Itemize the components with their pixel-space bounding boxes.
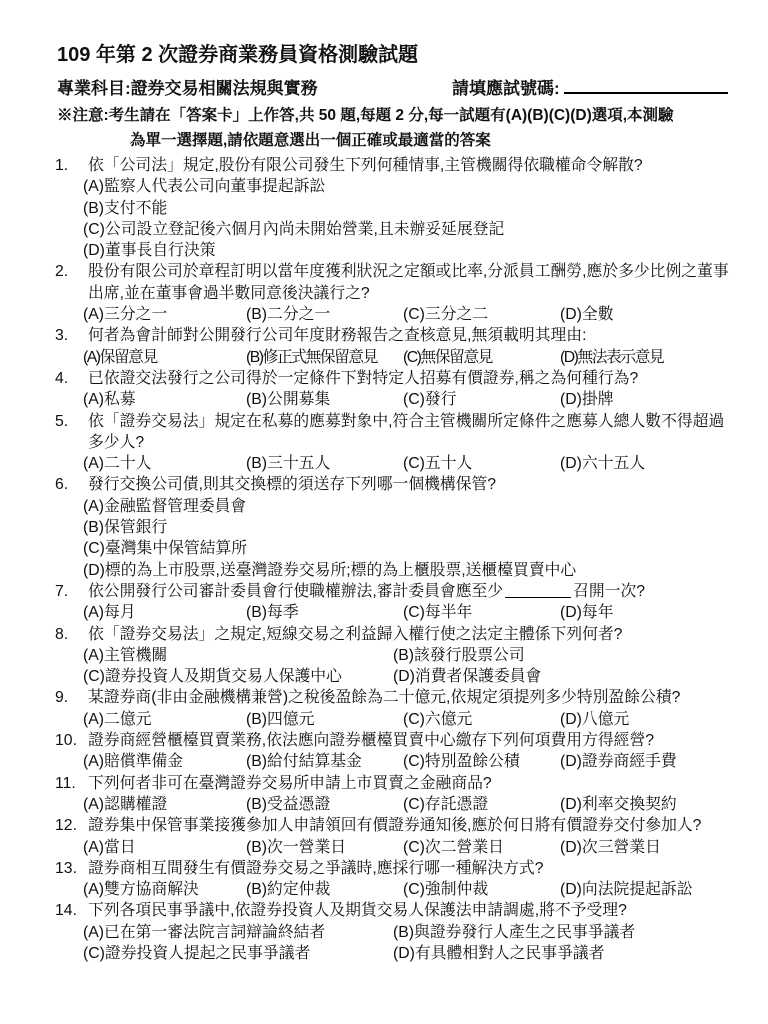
question-body: 依「證券交易法」規定在私募的應募對象中,符合主管機關所定條件之應募人總人數不得超…	[88, 411, 735, 475]
question-body: 已依證交法發行之公司得於一定條件下對特定人招募有價證券,稱之為何種行為?(A)私…	[88, 368, 735, 411]
option: (A)已在第一審法院言詞辯論終結者	[83, 922, 393, 943]
option: (C)特別盈餘公積	[403, 751, 560, 772]
question-text: 何者為會計師對公開發行公司年度財務報告之查核意見,無須載明其理由:	[88, 325, 735, 346]
option: (D)董事長自行決策	[83, 240, 735, 261]
option: (B)該發行股票公司	[393, 645, 735, 666]
options: (A)認購權證(B)受益憑證(C)存託憑證(D)利率交換契約	[83, 794, 735, 815]
option: (B)與證券發行人產生之民事爭議者	[393, 922, 735, 943]
question-body: 依「公司法」規定,股份有限公司發生下列何種情事,主管機關得依職權命令解散?(A)…	[88, 155, 735, 261]
notice: ※注意:考生請在「答案卡」上作答,共 50 題,每題 2 分,每一試題有(A)(…	[57, 104, 735, 153]
question-text: 證券集中保管事業接獲參加人申請領回有價證券通知後,應於何日將有價證券交付參加人?	[88, 815, 735, 836]
option: (A)金融監督管理委員會	[83, 496, 735, 517]
option: (D)每年	[560, 602, 735, 623]
question-body: 何者為會計師對公開發行公司年度財務報告之查核意見,無須載明其理由:(A)保留意見…	[88, 325, 735, 368]
question-14: 14.下列各項民事爭議中,依證券投資人及期貨交易人保護法申請調處,將不予受理?(…	[57, 900, 735, 964]
option: (B)支付不能	[83, 198, 735, 219]
question-body: 股份有限公司於章程訂明以當年度獲利狀況之定額或比率,分派員工酬勞,應於多少比例之…	[88, 261, 735, 325]
option: (B)次一營業日	[246, 837, 403, 858]
question-list: 1.依「公司法」規定,股份有限公司發生下列何種情事,主管機關得依職權命令解散?(…	[57, 155, 735, 964]
option: (C)發行	[403, 389, 560, 410]
option: (A)雙方協商解決	[83, 879, 246, 900]
options: (A)監察人代表公司向董事提起訴訟(B)支付不能(C)公司設立登記後六個月內尚未…	[83, 176, 735, 261]
option: (A)主管機關	[83, 645, 393, 666]
option: (A)每月	[83, 602, 246, 623]
question-text: 下列何者非可在臺灣證券交易所申請上市買賣之金融商品?	[88, 773, 735, 794]
question-text: 已依證交法發行之公司得於一定條件下對特定人招募有價證券,稱之為何種行為?	[88, 368, 735, 389]
option: (D)標的為上市股票,送臺灣證券交易所;標的為上櫃股票,送櫃檯買賣中心	[83, 560, 735, 581]
options: (A)保留意見(B)修正式無保留意見(C)無保留意見(D)無法表示意見	[83, 347, 735, 368]
question-body: 發行交換公司債,則其交換標的須送存下列哪一個機構保管?(A)金融監督管理委員會(…	[88, 474, 735, 580]
option: (D)利率交換契約	[560, 794, 735, 815]
option: (D)無法表示意見	[560, 347, 735, 368]
option: (B)三十五人	[246, 453, 403, 474]
options: (A)三分之一(B)二分之一(C)三分之二(D)全數	[83, 304, 735, 325]
question-3: 3.何者為會計師對公開發行公司年度財務報告之查核意見,無須載明其理由:(A)保留…	[57, 325, 735, 368]
option: (D)次三營業日	[560, 837, 735, 858]
option: (A)當日	[83, 837, 246, 858]
option: (C)公司設立登記後六個月內尚未開始營業,且未辦妥延展登記	[83, 219, 735, 240]
question-7: 7.依公開發行公司審計委員會行使職權辦法,審計委員會應至少召開一次?(A)每月(…	[57, 581, 735, 624]
option: (C)存託憑證	[403, 794, 560, 815]
question-body: 下列各項民事爭議中,依證券投資人及期貨交易人保護法申請調處,將不予受理?(A)已…	[88, 900, 735, 964]
option: (A)私募	[83, 389, 246, 410]
option: (D)消費者保護委員會	[393, 666, 735, 687]
question-1: 1.依「公司法」規定,股份有限公司發生下列何種情事,主管機關得依職權命令解散?(…	[57, 155, 735, 261]
option: (A)監察人代表公司向董事提起訴訟	[83, 176, 735, 197]
option: (B)保管銀行	[83, 517, 735, 538]
option: (D)八億元	[560, 709, 735, 730]
exam-paper: 109 年第 2 次證券商業務員資格測驗試題 專業科目:證券交易相關法規與實務 …	[0, 0, 768, 1024]
question-text: 依公開發行公司審計委員會行使職權辦法,審計委員會應至少召開一次?	[88, 581, 735, 602]
option: (A)認購權證	[83, 794, 246, 815]
option: (B)四億元	[246, 709, 403, 730]
question-body: 證券集中保管事業接獲參加人申請領回有價證券通知後,應於何日將有價證券交付參加人?…	[88, 815, 735, 858]
option: (C)強制仲裁	[403, 879, 560, 900]
option: (D)六十五人	[560, 453, 735, 474]
fill-in-blank	[505, 583, 571, 598]
question-body: 證券商相互間發生有價證券交易之爭議時,應採行哪一種解決方式?(A)雙方協商解決(…	[88, 858, 735, 901]
exam-id-label: 請填應試號碼:	[452, 79, 560, 98]
options: (A)金融監督管理委員會(B)保管銀行(C)臺灣集中保管結算所(D)標的為上市股…	[83, 496, 735, 581]
option: (B)給付結算基金	[246, 751, 403, 772]
exam-id-field: 請填應試號碼:	[452, 78, 728, 100]
options: (A)二十人(B)三十五人(C)五十人(D)六十五人	[83, 453, 735, 474]
question-8: 8.依「證券交易法」之規定,短線交易之利益歸入權行使之法定主體係下列何者?(A)…	[57, 624, 735, 688]
option: (B)修正式無保留意見	[246, 347, 403, 368]
option: (C)五十人	[403, 453, 560, 474]
question-13: 13.證券商相互間發生有價證券交易之爭議時,應採行哪一種解決方式?(A)雙方協商…	[57, 858, 735, 901]
question-text: 依「公司法」規定,股份有限公司發生下列何種情事,主管機關得依職權命令解散?	[88, 155, 735, 176]
question-text: 發行交換公司債,則其交換標的須送存下列哪一個機構保管?	[88, 474, 735, 495]
options: (A)賠償準備金(B)給付結算基金(C)特別盈餘公積(D)證券商經手費	[83, 751, 735, 772]
question-body: 某證券商(非由金融機構兼營)之稅後盈餘為二十億元,依規定須提列多少特別盈餘公積?…	[88, 687, 735, 730]
options: (A)當日(B)次一營業日(C)次二營業日(D)次三營業日	[83, 837, 735, 858]
option: (C)次二營業日	[403, 837, 560, 858]
options: (A)二億元(B)四億元(C)六億元(D)八億元	[83, 709, 735, 730]
question-body: 下列何者非可在臺灣證券交易所申請上市買賣之金融商品?(A)認購權證(B)受益憑證…	[88, 773, 735, 816]
question-11: 11.下列何者非可在臺灣證券交易所申請上市買賣之金融商品?(A)認購權證(B)受…	[57, 773, 735, 816]
question-5: 5.依「證券交易法」規定在私募的應募對象中,符合主管機關所定條件之應募人總人數不…	[57, 411, 735, 475]
question-text: 某證券商(非由金融機構兼營)之稅後盈餘為二十億元,依規定須提列多少特別盈餘公積?	[88, 687, 735, 708]
option: (C)每半年	[403, 602, 560, 623]
question-10: 10.證券商經營櫃檯買賣業務,依法應向證券櫃檯買賣中心繳存下列何項費用方得經營?…	[57, 730, 735, 773]
option: (A)二十人	[83, 453, 246, 474]
question-text: 下列各項民事爭議中,依證券投資人及期貨交易人保護法申請調處,將不予受理?	[88, 900, 735, 921]
options: (A)私募(B)公開募集(C)發行(D)掛牌	[83, 389, 735, 410]
question-body: 證券商經營櫃檯買賣業務,依法應向證券櫃檯買賣中心繳存下列何項費用方得經營?(A)…	[88, 730, 735, 773]
option: (A)二億元	[83, 709, 246, 730]
option: (D)全數	[560, 304, 735, 325]
question-12: 12.證券集中保管事業接獲參加人申請領回有價證券通知後,應於何日將有價證券交付參…	[57, 815, 735, 858]
subject-row: 專業科目:證券交易相關法規與實務 請填應試號碼:	[57, 78, 735, 100]
question-text: 依「證券交易法」之規定,短線交易之利益歸入權行使之法定主體係下列何者?	[88, 624, 735, 645]
option: (A)保留意見	[83, 347, 246, 368]
option: (C)臺灣集中保管結算所	[83, 538, 735, 559]
option: (B)公開募集	[246, 389, 403, 410]
question-9: 9.某證券商(非由金融機構兼營)之稅後盈餘為二十億元,依規定須提列多少特別盈餘公…	[57, 687, 735, 730]
option: (B)受益憑證	[246, 794, 403, 815]
notice-line-2: 為單一選擇題,請依題意選出一個正確或最適當的答案	[57, 129, 735, 154]
question-4: 4.已依證交法發行之公司得於一定條件下對特定人招募有價證券,稱之為何種行為?(A…	[57, 368, 735, 411]
option: (B)每季	[246, 602, 403, 623]
question-text: 依「證券交易法」規定在私募的應募對象中,符合主管機關所定條件之應募人總人數不得超…	[88, 411, 735, 454]
question-text: 證券商經營櫃檯買賣業務,依法應向證券櫃檯買賣中心繳存下列何項費用方得經營?	[88, 730, 735, 751]
question-text: 證券商相互間發生有價證券交易之爭議時,應採行哪一種解決方式?	[88, 858, 735, 879]
notice-line-1: ※注意:考生請在「答案卡」上作答,共 50 題,每題 2 分,每一試題有(A)(…	[57, 104, 735, 129]
question-text-before: 依公開發行公司審計委員會行使職權辦法,審計委員會應至少	[88, 583, 503, 600]
option: (D)證券商經手費	[560, 751, 735, 772]
question-6: 6.發行交換公司債,則其交換標的須送存下列哪一個機構保管?(A)金融監督管理委員…	[57, 474, 735, 580]
option: (D)向法院提起訴訟	[560, 879, 735, 900]
exam-title: 109 年第 2 次證券商業務員資格測驗試題	[57, 42, 735, 68]
exam-id-blank	[564, 78, 728, 94]
option: (D)有具體相對人之民事爭議者	[393, 943, 735, 964]
option: (A)賠償準備金	[83, 751, 246, 772]
option: (A)三分之一	[83, 304, 246, 325]
option: (C)證券投資人及期貨交易人保護中心	[83, 666, 393, 687]
option: (C)無保留意見	[403, 347, 560, 368]
option: (C)六億元	[403, 709, 560, 730]
subject-label: 專業科目:證券交易相關法規與實務	[57, 79, 318, 98]
option: (C)三分之二	[403, 304, 560, 325]
options: (A)已在第一審法院言詞辯論終結者(B)與證券發行人產生之民事爭議者(C)證券投…	[83, 922, 735, 965]
question-body: 依公開發行公司審計委員會行使職權辦法,審計委員會應至少召開一次?(A)每月(B)…	[88, 581, 735, 624]
question-text: 股份有限公司於章程訂明以當年度獲利狀況之定額或比率,分派員工酬勞,應於多少比例之…	[88, 261, 735, 304]
option: (C)證券投資人提起之民事爭議者	[83, 943, 393, 964]
option: (B)約定仲裁	[246, 879, 403, 900]
question-2: 2.股份有限公司於章程訂明以當年度獲利狀況之定額或比率,分派員工酬勞,應於多少比…	[57, 261, 735, 325]
question-body: 依「證券交易法」之規定,短線交易之利益歸入權行使之法定主體係下列何者?(A)主管…	[88, 624, 735, 688]
question-text-after: 召開一次?	[573, 583, 645, 600]
options: (A)雙方協商解決(B)約定仲裁(C)強制仲裁(D)向法院提起訴訟	[83, 879, 735, 900]
options: (A)每月(B)每季(C)每半年(D)每年	[83, 602, 735, 623]
option: (D)掛牌	[560, 389, 735, 410]
options: (A)主管機關(B)該發行股票公司(C)證券投資人及期貨交易人保護中心(D)消費…	[83, 645, 735, 688]
option: (B)二分之一	[246, 304, 403, 325]
